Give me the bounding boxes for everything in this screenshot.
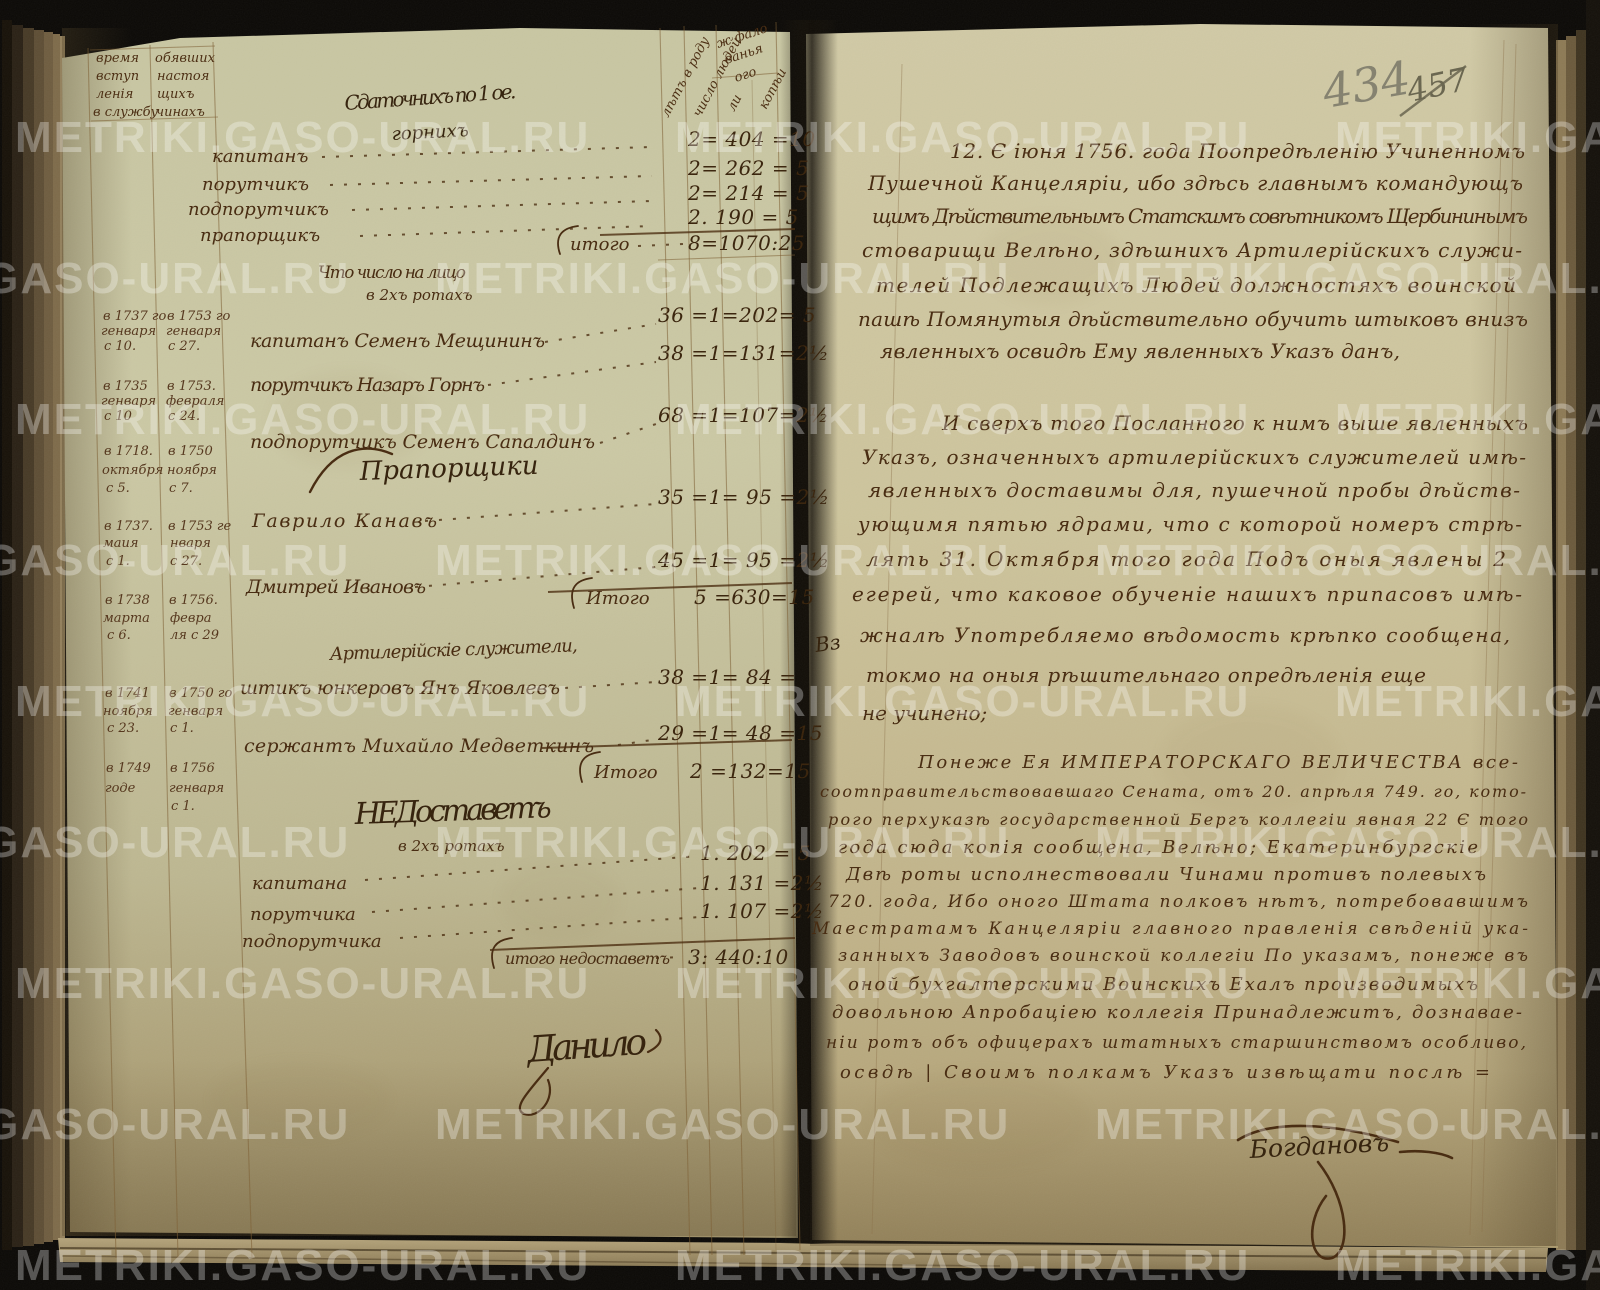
- watermark-text: METRIKI.GASO-URAL.RU: [675, 113, 1250, 162]
- watermark-text: METRIKI.GASO-URAL.RU: [0, 254, 350, 303]
- watermark-text: METRIKI.GASO-URAL.RU: [435, 818, 1010, 867]
- book-scan-svg: время вступ ленiя в службу обявших насто…: [0, 0, 1600, 1290]
- watermark-text: METRIKI.GASO-URAL.RU: [675, 959, 1250, 1008]
- watermark-text: METRIKI.GASO-URAL.RU: [435, 1100, 1010, 1149]
- watermark-text: METRIKI.GASO-URAL.RU: [1335, 113, 1600, 162]
- watermark-text: METRIKI.GASO-URAL.RU: [0, 818, 350, 867]
- watermark-text: METRIKI.GASO-URAL.RU: [0, 536, 350, 585]
- watermark-text: METRIKI.GASO-URAL.RU: [435, 254, 1010, 303]
- watermark-text: METRIKI.GASO-URAL.RU: [1095, 1100, 1600, 1149]
- watermark-text: METRIKI.GASO-URAL.RU: [15, 1241, 590, 1290]
- watermark-text: METRIKI.GASO-URAL.RU: [1335, 395, 1600, 444]
- watermark-text: METRIKI.GASO-URAL.RU: [435, 536, 1010, 585]
- watermark-text: METRIKI.GASO-URAL.RU: [15, 113, 590, 162]
- watermark-text: METRIKI.GASO-URAL.RU: [675, 677, 1250, 726]
- manuscript-scan: время вступ ленiя в службу обявших насто…: [0, 0, 1600, 1290]
- watermark-text: METRIKI.GASO-URAL.RU: [1335, 959, 1600, 1008]
- watermark-text: METRIKI.GASO-URAL.RU: [1335, 677, 1600, 726]
- watermark-text: METRIKI.GASO-URAL.RU: [1095, 536, 1600, 585]
- watermark-text: METRIKI.GASO-URAL.RU: [15, 959, 590, 1008]
- watermark-text: METRIKI.GASO-URAL.RU: [0, 1100, 350, 1149]
- watermark-text: METRIKI.GASO-URAL.RU: [1095, 254, 1600, 303]
- watermark-text: METRIKI.GASO-URAL.RU: [1095, 818, 1600, 867]
- paper-grain: [0, 0, 1600, 1290]
- watermark-layer: METRIKI.GASO-URAL.RUMETRIKI.GASO-URAL.RU…: [0, 113, 1600, 1290]
- watermark-text: METRIKI.GASO-URAL.RU: [675, 395, 1250, 444]
- watermark-text: METRIKI.GASO-URAL.RU: [675, 1241, 1250, 1290]
- watermark-text: METRIKI.GASO-URAL.RU: [1335, 1241, 1600, 1290]
- watermark-text: METRIKI.GASO-URAL.RU: [15, 677, 590, 726]
- watermark-text: METRIKI.GASO-URAL.RU: [15, 395, 590, 444]
